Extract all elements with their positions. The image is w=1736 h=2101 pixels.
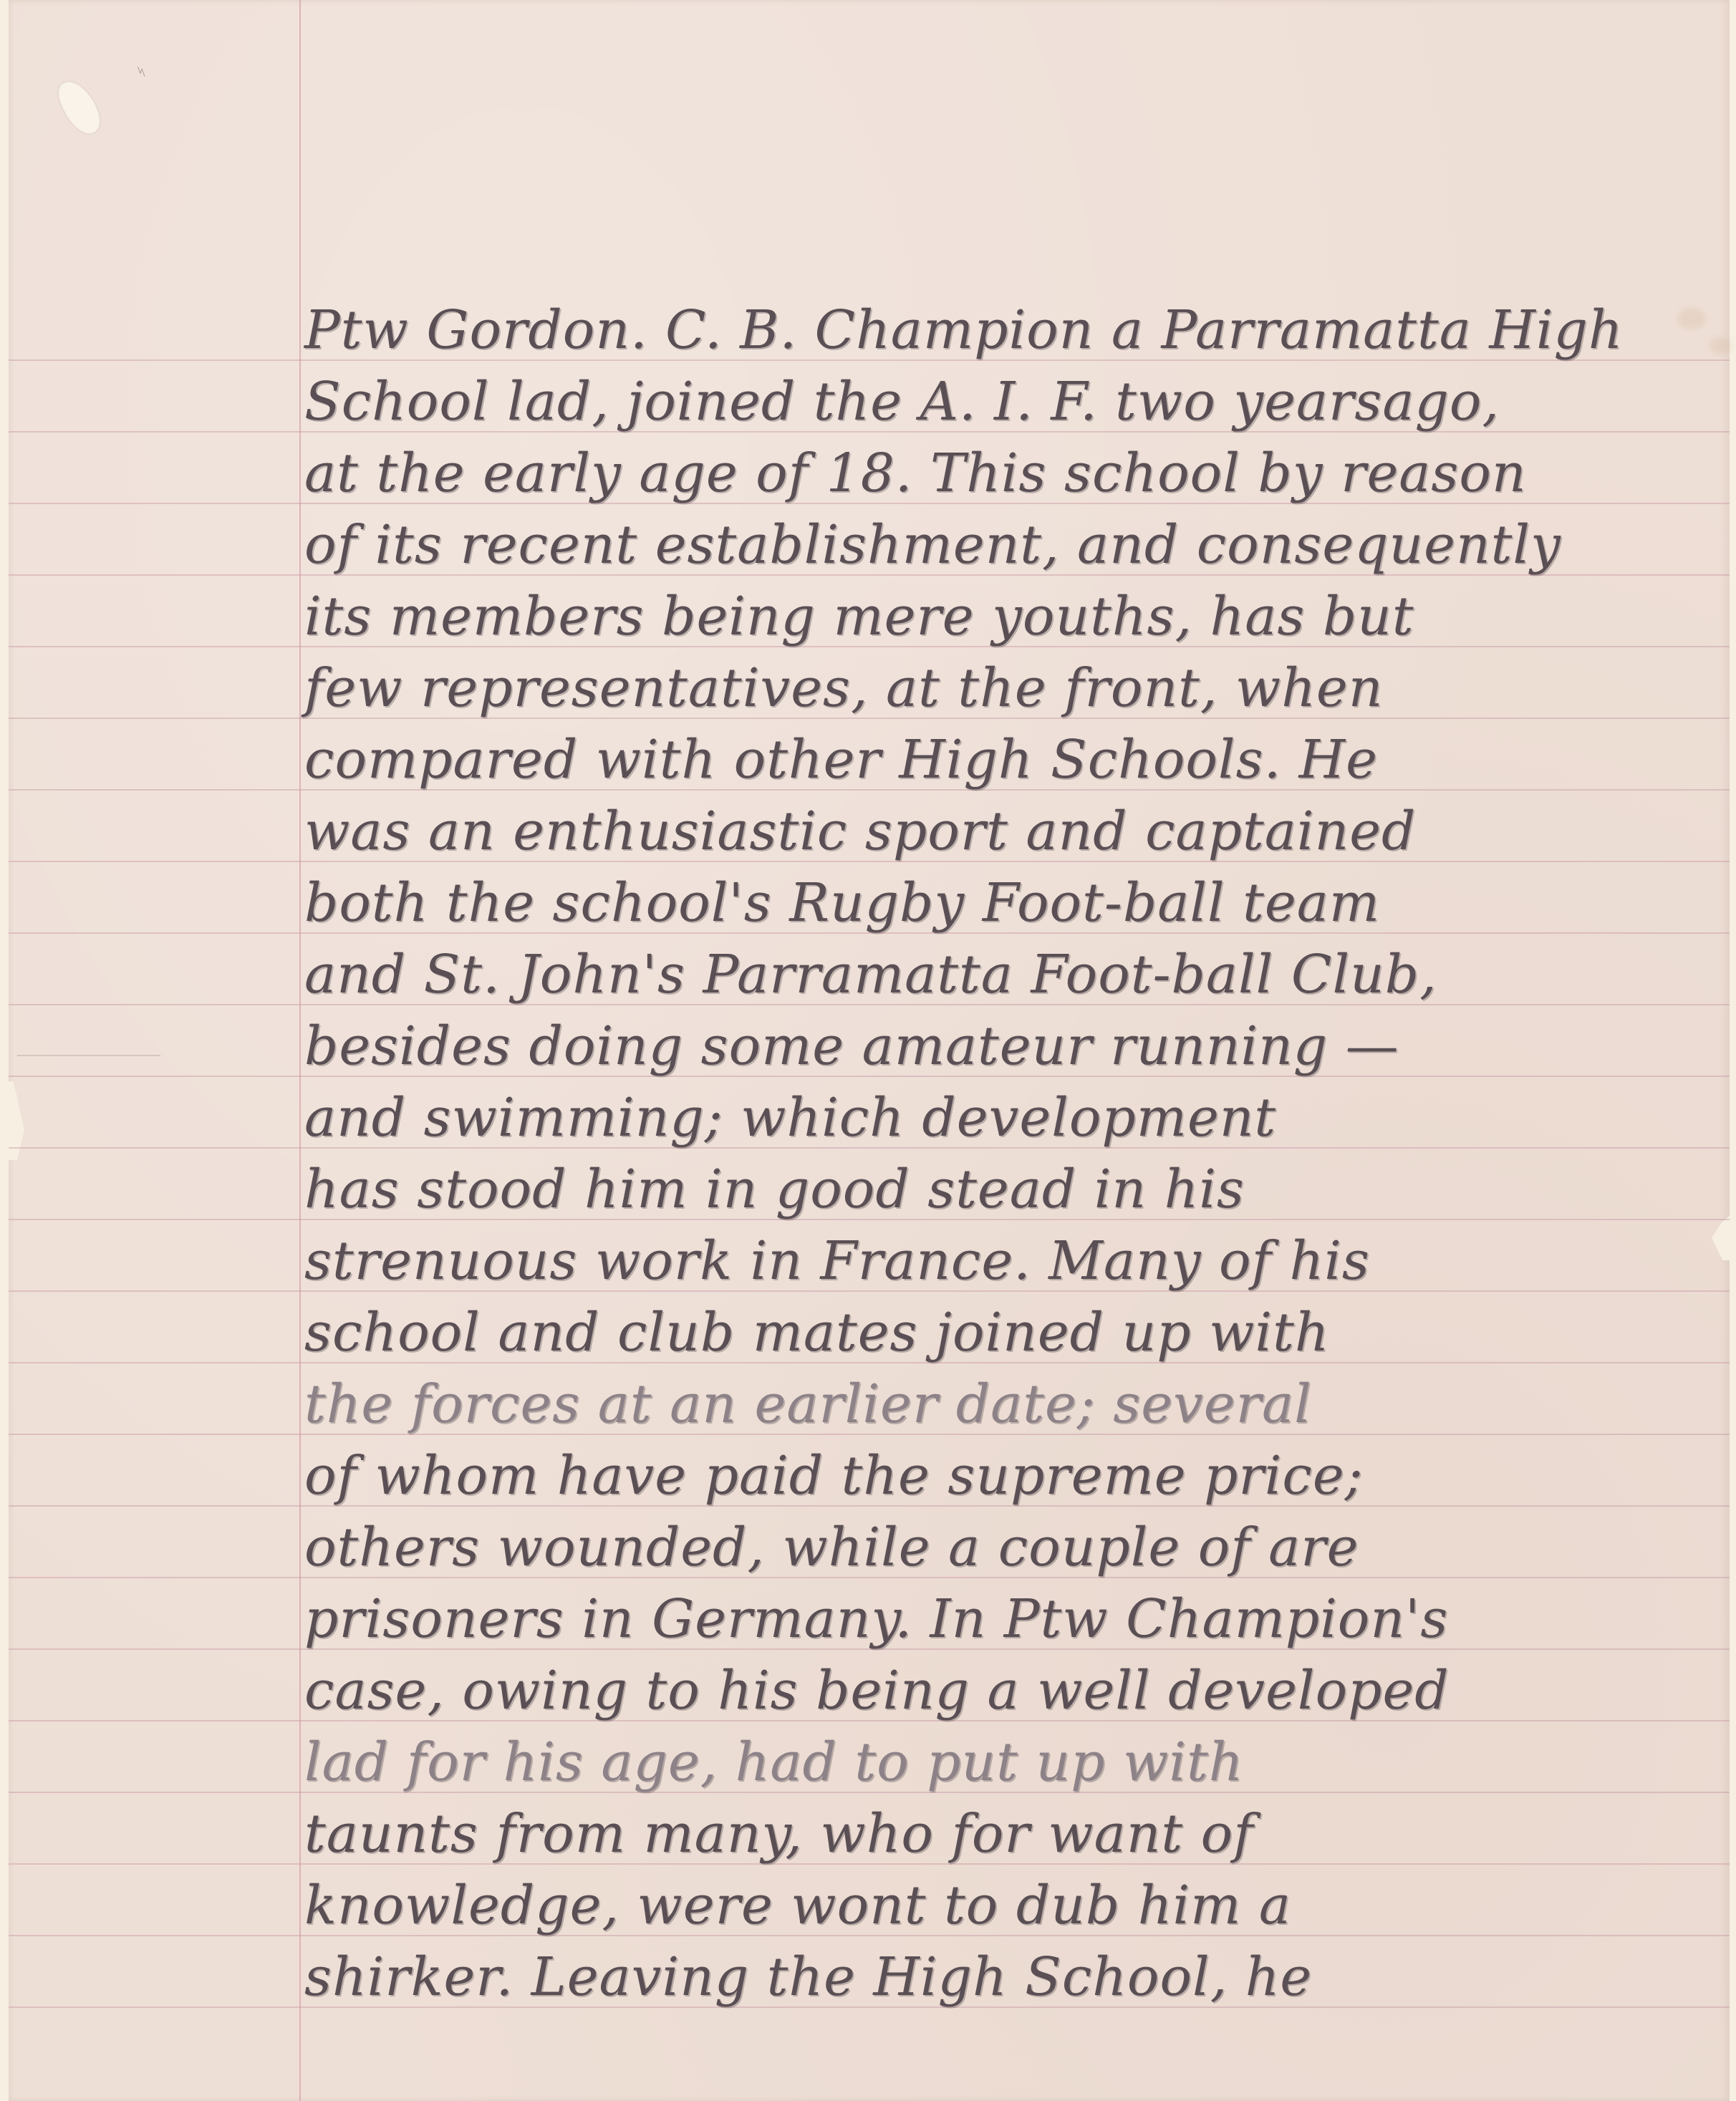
text-line-content: shirker. Leaving the High School, he xyxy=(304,1951,1312,2004)
text-line: was an enthusiastic sport and captained xyxy=(304,789,1730,861)
pencil-mark: ᛋ xyxy=(135,64,148,80)
text-line: prisoners in Germany. In Ptw Champion's xyxy=(304,1577,1730,1648)
text-line-content: of whom have paid the supreme price; xyxy=(304,1449,1364,1502)
text-line-content: at the early age of 18. This school by r… xyxy=(304,447,1527,500)
text-line-content: knowledge, were wont to dub him a xyxy=(304,1879,1291,1932)
text-line-content: few representatives, at the front, when xyxy=(304,662,1383,715)
text-line: its members being mere youths, has but xyxy=(304,574,1730,646)
text-line: school and club mates joined up with xyxy=(304,1290,1730,1362)
text-line-content: both the school's Rugby Foot-ball team xyxy=(304,876,1380,929)
text-line: case, owing to his being a well develope… xyxy=(304,1648,1730,1720)
text-line-content: was an enthusiastic sport and captained xyxy=(304,805,1416,858)
text-line: the forces at an earlier date; several xyxy=(304,1362,1730,1434)
text-line-content: prisoners in Germany. In Ptw Champion's xyxy=(304,1593,1448,1646)
text-line: taunts from many, who for want of xyxy=(304,1792,1730,1863)
text-line: at the early age of 18. This school by r… xyxy=(304,431,1730,503)
margin-line xyxy=(299,0,301,2101)
text-line: knowledge, were wont to dub him a xyxy=(304,1863,1730,1935)
text-line: School lad, joined the A. I. F. two year… xyxy=(304,359,1730,431)
text-line: lad for his age, had to put up with xyxy=(304,1720,1730,1792)
text-line: Ptw Gordon. C. B. Champion a Parramatta … xyxy=(304,288,1730,359)
text-line-content: and St. John's Parramatta Foot-ball Club… xyxy=(304,948,1437,1001)
text-line-content: and swimming; which development xyxy=(304,1091,1276,1144)
text-line-content: School lad, joined the A. I. F. two year… xyxy=(304,375,1500,428)
text-line: and swimming; which development xyxy=(304,1076,1730,1147)
text-line: strenuous work in France. Many of his xyxy=(304,1219,1730,1290)
text-line-content: strenuous work in France. Many of his xyxy=(304,1235,1370,1288)
text-line-content: case, owing to his being a well develope… xyxy=(304,1664,1450,1717)
text-line: few representatives, at the front, when xyxy=(304,646,1730,718)
text-line-content: lad for his age, had to put up with xyxy=(304,1736,1243,1789)
text-line-content: its members being mere youths, has but xyxy=(304,590,1414,643)
text-line-content: Ptw Gordon. C. B. Champion a Parramatta … xyxy=(304,304,1624,357)
text-line-content: has stood him in good stead in his xyxy=(304,1163,1245,1216)
text-line: both the school's Rugby Foot-ball team xyxy=(304,861,1730,932)
text-line-content: the forces at an earlier date; several xyxy=(304,1378,1312,1431)
text-line: of its recent establishment, and consequ… xyxy=(304,503,1730,574)
text-line-content: others wounded, while a couple of are xyxy=(304,1521,1359,1574)
paper-blemish xyxy=(53,75,107,140)
text-line: of whom have paid the supreme price; xyxy=(304,1434,1730,1505)
text-line: compared with other High Schools. He xyxy=(304,718,1730,789)
text-line: besides doing some amateur running — xyxy=(304,1004,1730,1076)
fold-crease xyxy=(17,1055,160,1056)
text-line: others wounded, while a couple of are xyxy=(304,1505,1730,1577)
text-line-content: compared with other High Schools. He xyxy=(304,733,1378,786)
text-line-content: taunts from many, who for want of xyxy=(304,1807,1254,1860)
text-line-content: of its recent establishment, and consequ… xyxy=(304,518,1561,571)
text-line-content: school and club mates joined up with xyxy=(304,1306,1330,1359)
text-line-content: besides doing some amateur running — xyxy=(304,1020,1399,1073)
text-line: shirker. Leaving the High School, he xyxy=(304,1935,1730,2006)
text-line: and St. John's Parramatta Foot-ball Club… xyxy=(304,932,1730,1004)
text-line: has stood him in good stead in his xyxy=(304,1147,1730,1219)
